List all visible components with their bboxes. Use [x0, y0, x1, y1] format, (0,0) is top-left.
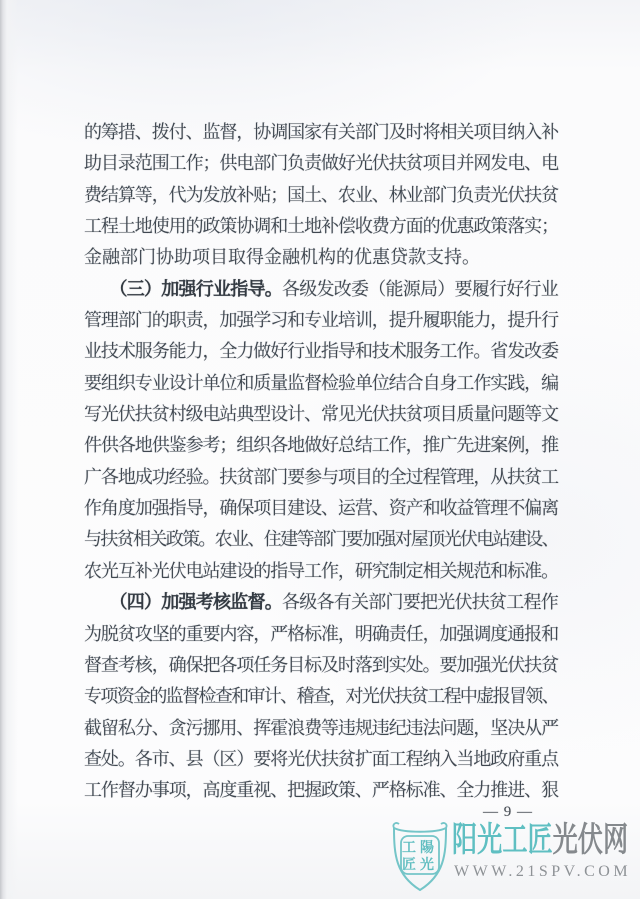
- text-line: 作角度加强指导，确保项目建设、运营、资产和收益管理不偏离: [84, 493, 558, 524]
- scanned-document-page: 的筹措、拨付、监督，协调国家有关部门及时将相关项目纳入补助目录范围工作；供电部门…: [0, 0, 640, 899]
- text-line: 管理部门的职责，加强学习和专业培训，提升履职能力，提升行: [84, 305, 558, 336]
- text-line: 农光互补光伏电站建设的指导工作，研究制定相关规范和标准。: [84, 556, 558, 587]
- text-line: 费结算等，代为发放补贴；国土、农业、林业部门负责光伏扶贫: [84, 180, 558, 211]
- shield-characters-row2: 匠光: [402, 856, 438, 873]
- text-line: 工程土地使用的政策协调和土地补偿收费方面的优惠政策落实；: [84, 211, 558, 242]
- paragraph-heading: （四）加强考核监督。: [84, 592, 282, 612]
- text-line: 助目录范围工作；供电部门负责做好光伏扶贫项目并网发电、电: [84, 148, 558, 179]
- text-line: 专项资金的监督检查和审计、稽查，对光伏扶贫工程中虚报冒领、: [84, 681, 558, 712]
- watermark-brand-suffix: 光伏网: [553, 820, 628, 860]
- watermark-shield-icon: 工陽 匠光: [386, 821, 454, 895]
- text-line: 业技术服务能力，全力做好行业指导和技术服务工作。省发改委: [84, 336, 558, 367]
- text-line: 写光伏扶贫村级电站典型设计、常见光伏扶贫项目质量问题等文: [84, 399, 558, 430]
- watermark-url: WWW.21SPV.COM: [454, 863, 631, 881]
- text-line: （四）加强考核监督。各级各有关部门要把光伏扶贫工程作: [84, 587, 558, 618]
- text-line: 的筹措、拨付、监督，协调国家有关部门及时将相关项目纳入补: [84, 117, 558, 148]
- text-line: 为脱贫攻坚的重要内容，严格标准，明确责任，加强调度通报和: [84, 619, 558, 650]
- text-line: （三）加强行业指导。各级发改委（能源局）要履行好行业: [84, 274, 558, 305]
- text-line: 广各地成功经验。扶贫部门要参与项目的全过程管理，从扶贫工: [84, 462, 558, 493]
- text-line: 与扶贫相关政策。农业、住建等部门要加强对屋顶光伏电站建设、: [84, 524, 558, 555]
- text-line: 要组织专业设计单位和质量监督检验单位结合自身工作实践，编: [84, 368, 558, 399]
- watermark-brand-text: 阳光工匠: [452, 820, 553, 860]
- text-line: 工作督办事项，高度重视、把握政策、严格标准、全力推进、狠: [84, 775, 558, 806]
- text-line: 查处。各市、县（区）要将光伏扶贫扩面工程纳入当地政府重点: [84, 744, 558, 775]
- shield-characters-row1: 工陽: [402, 840, 438, 856]
- text-line: 督查考核，确保把各项任务目标及时落到实处。要加强光伏扶贫: [84, 650, 558, 681]
- text-line: 件供各地供鉴参考；组织各地做好总结工作，推广先进案例，推: [84, 430, 558, 461]
- text-line: 截留私分、贪污挪用、挥霍浪费等违规违纪违法问题，坚决从严: [84, 713, 558, 744]
- watermark-brand-row: 阳光工匠光伏网: [452, 823, 628, 857]
- document-text-block: 的筹措、拨付、监督，协调国家有关部门及时将相关项目纳入补助目录范围工作；供电部门…: [84, 117, 558, 807]
- text-line: 金融部门协助项目取得金融机构的优惠贷款支持。: [84, 242, 558, 273]
- paragraph-heading: （三）加强行业指导。: [84, 279, 282, 299]
- watermark: 工陽 匠光 阳光工匠光伏网 WWW.21SPV.COM: [384, 818, 640, 898]
